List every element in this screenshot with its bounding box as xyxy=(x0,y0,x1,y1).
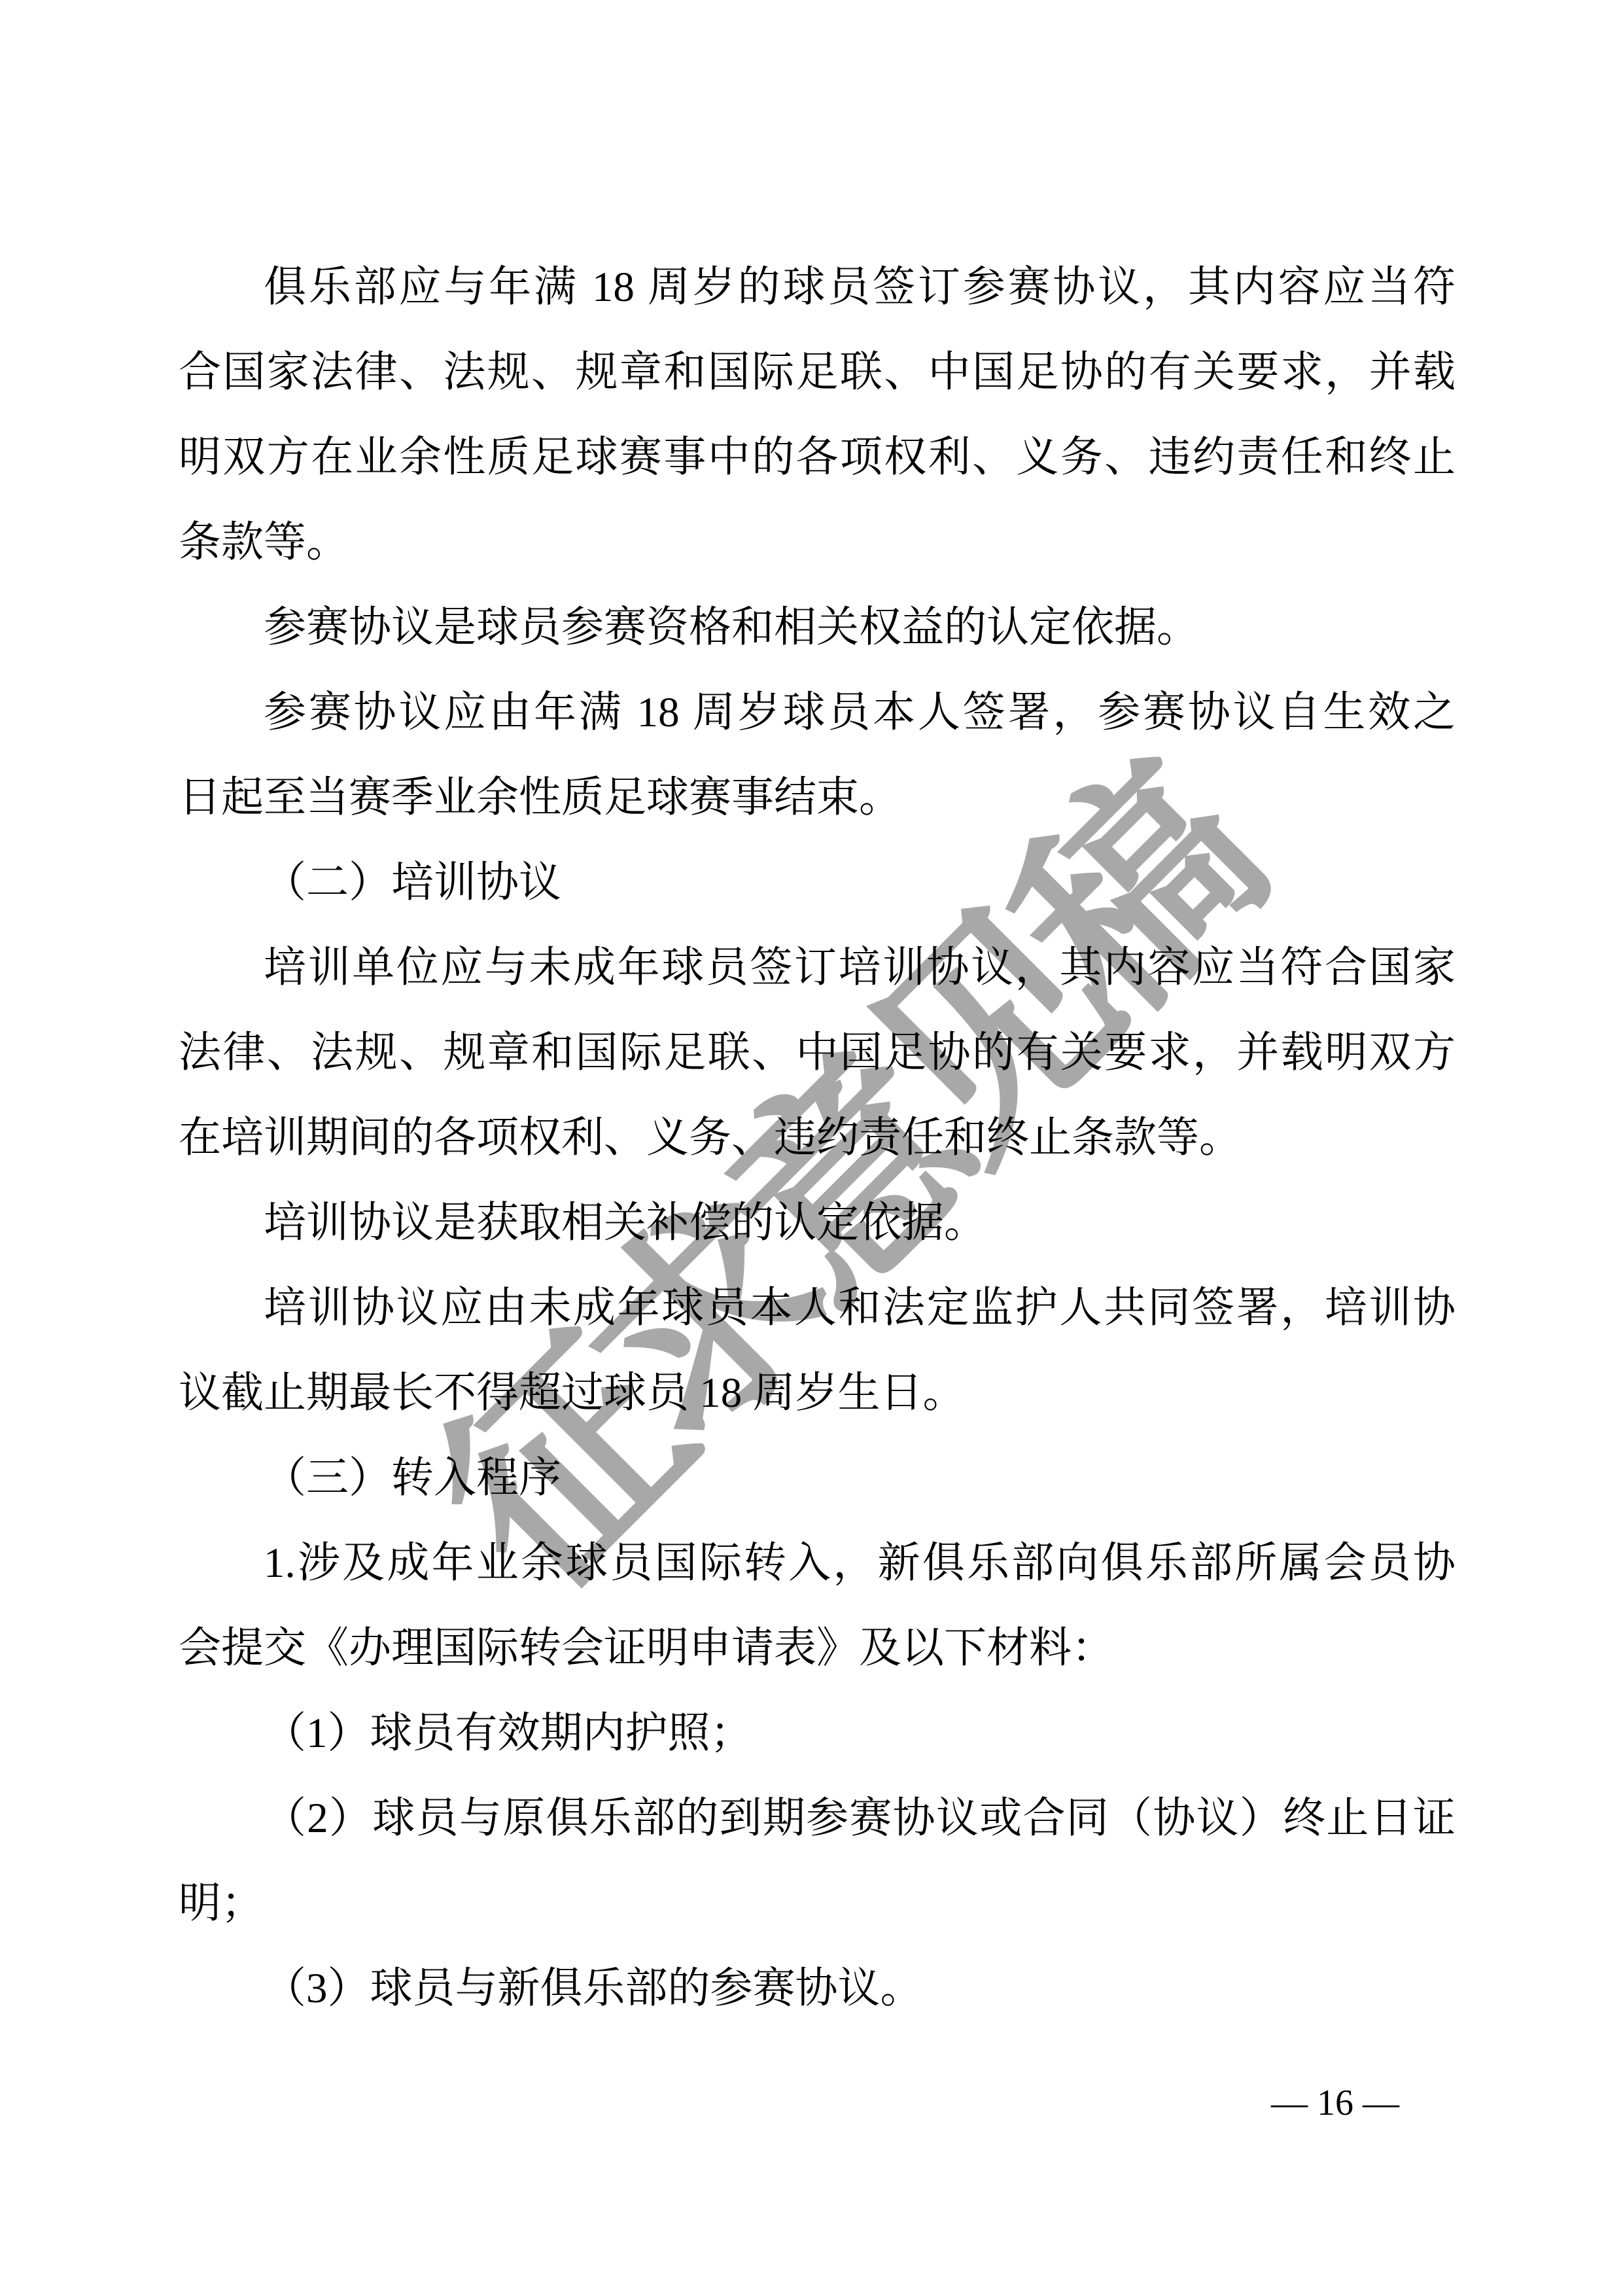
list-item-line: （1）球员有效期内护照； xyxy=(179,1691,1456,1776)
body-text-line: 条款等。 xyxy=(179,500,1456,585)
document-body: 俱乐部应与年满 18 周岁的球员签订参赛协议，其内容应当符 合国家法律、法规、规… xyxy=(179,245,1456,2031)
page-number: — 16 — xyxy=(1244,2083,1427,2123)
body-text-line: 1.涉及成年业余球员国际转入，新俱乐部向俱乐部所属会员协 xyxy=(179,1521,1456,1606)
body-text-line: 法律、法规、规章和国际足联、中国足协的有关要求，并载明双方 xyxy=(179,1010,1456,1095)
body-text-line: 会提交《办理国际转会证明申请表》及以下材料： xyxy=(179,1606,1456,1691)
body-text-line: 培训协议应由未成年球员本人和法定监护人共同签署，培训协 xyxy=(179,1265,1456,1351)
body-text-line: 俱乐部应与年满 18 周岁的球员签订参赛协议，其内容应当符 xyxy=(179,245,1456,330)
document-page: 征求意见稿 俱乐部应与年满 18 周岁的球员签订参赛协议，其内容应当符 合国家法… xyxy=(0,0,1623,2296)
body-text-line: 培训协议是获取相关补偿的认定依据。 xyxy=(179,1180,1456,1265)
body-text-line: 日起至当赛季业余性质足球赛事结束。 xyxy=(179,755,1456,840)
body-text-line: 合国家法律、法规、规章和国际足联、中国足协的有关要求，并载 xyxy=(179,330,1456,415)
body-text-line: 培训单位应与未成年球员签订培训协议，其内容应当符合国家 xyxy=(179,925,1456,1010)
list-item-line: （2）球员与原俱乐部的到期参赛协议或合同（协议）终止日证 xyxy=(179,1776,1456,1861)
body-text-line: 参赛协议应由年满 18 周岁球员本人签署，参赛协议自生效之 xyxy=(179,670,1456,755)
body-text-line: 在培训期间的各项权利、义务、违约责任和终止条款等。 xyxy=(179,1095,1456,1180)
body-text-line: 议截止期最长不得超过球员 18 周岁生日。 xyxy=(179,1351,1456,1436)
body-text-line: 明； xyxy=(179,1861,1456,1946)
body-text-line: 明双方在业余性质足球赛事中的各项权利、义务、违约责任和终止 xyxy=(179,415,1456,500)
section-heading-3: （三）转入程序 xyxy=(179,1436,1456,1521)
section-heading-2: （二）培训协议 xyxy=(179,840,1456,925)
body-text-line: 参赛协议是球员参赛资格和相关权益的认定依据。 xyxy=(179,585,1456,670)
list-item-line: （3）球员与新俱乐部的参赛协议。 xyxy=(179,1946,1456,2031)
